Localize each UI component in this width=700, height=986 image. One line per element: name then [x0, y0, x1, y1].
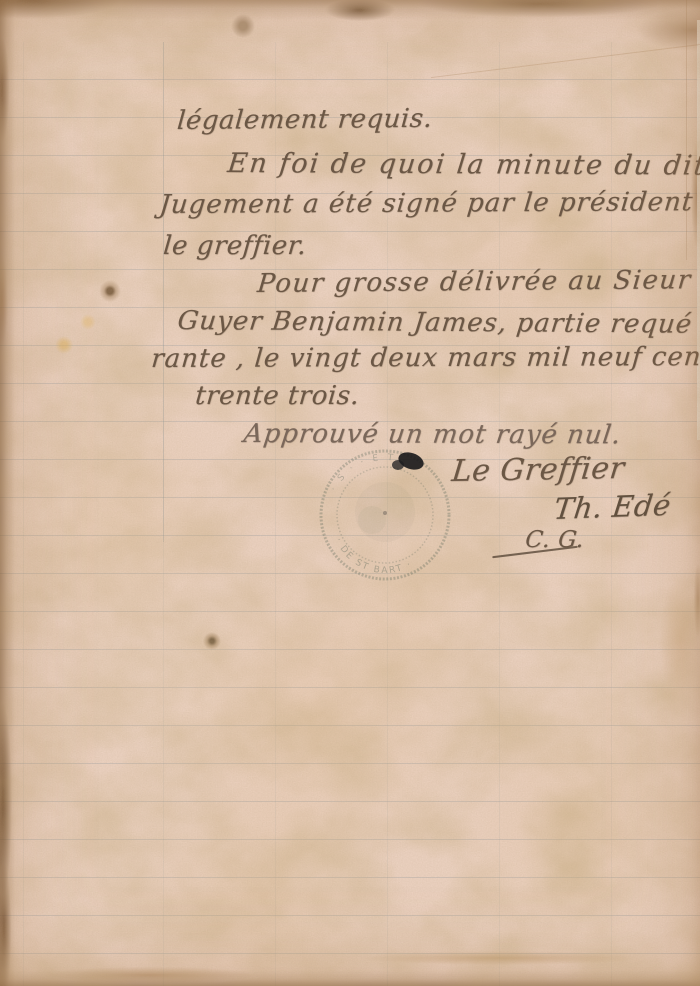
- handwritten-line-6: Guyer Benjamin James, partie requé: [176, 306, 694, 340]
- handwritten-line-9: Approuvé un mot rayé nul.: [242, 419, 623, 450]
- clerk-initials: C. G.: [524, 527, 585, 553]
- stamp-center-dot: [383, 511, 387, 515]
- handwritten-line-3: Jugement a été signé par le président et: [158, 187, 700, 220]
- stamp-smudge: [358, 506, 386, 534]
- official-stamp: · S · · E T · · DE ST BART ·: [310, 440, 460, 590]
- scanned-document: · S · · E T · · DE ST BART · légalement …: [0, 0, 700, 986]
- handwritten-line-4: le greffier.: [162, 231, 308, 261]
- handwritten-line-7: rante , le vingt deux mars mil neuf cent: [150, 342, 700, 374]
- paper-crease-vertical: [686, 0, 687, 260]
- handwritten-line-5: Pour grosse délivrée au Sieur: [256, 265, 693, 299]
- margin-line: [163, 42, 164, 542]
- svg-text:· DE ST BART ·: · DE ST BART ·: [333, 537, 414, 576]
- handwritten-line-8: trente trois.: [194, 381, 361, 411]
- ink-blob-small: [392, 460, 404, 470]
- handwritten-line-2: En foi de quoi la minute du dit: [226, 148, 700, 181]
- greffier-signature: Th. Edé: [552, 488, 673, 526]
- closing-title: Le Greffier: [450, 451, 626, 489]
- stamp-bottom-text: · DE ST BART ·: [333, 537, 414, 576]
- handwritten-line-1: légalement requis.: [176, 104, 434, 136]
